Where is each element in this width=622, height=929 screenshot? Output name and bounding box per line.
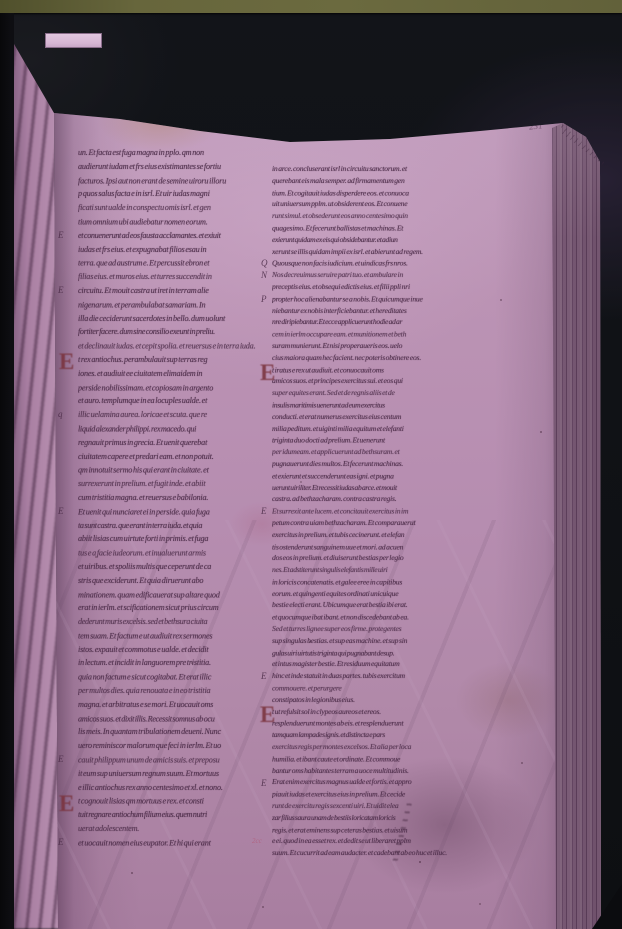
text-line: tis ostenderunt sanguinem uue et mori. a… — [272, 541, 498, 553]
text-line: humilia. et ibant caute et ordinate. Et … — [272, 753, 498, 765]
text-line: et intus magister bestie. Et residuum eq… — [272, 658, 498, 670]
text-line: regnauit primus in grecia. Et uenit quer… — [78, 436, 294, 450]
text-line: facturos. Ipsi aut non erant de semine u… — [78, 174, 294, 188]
text-line: Nos decreuimus seruire patri tuo. et amb… — [272, 269, 498, 281]
text-line: bantur oms habitantes terram a uoce mult… — [272, 765, 498, 777]
marginal-initial: P — [261, 295, 267, 304]
text-line: querebant eis mala semper. ad firmamentu… — [272, 175, 498, 187]
text-line: commouere. et perurgere — [272, 682, 498, 694]
marginal-initial: E — [58, 838, 64, 847]
text-line: et declinauit iudas. et cepit spolia. et… — [78, 340, 294, 354]
marginal-initial: E — [261, 507, 267, 516]
text-line: quagesimo. Et fecerunt ballistas et mach… — [272, 222, 498, 234]
decorated-initial: E — [59, 350, 74, 373]
text-line: bestie electi erant. Ubicumque erat best… — [272, 599, 498, 611]
text-line: eorum. et quingenti equites ordinati uni… — [272, 588, 498, 600]
text-line: zar filius saura unam de bestiis loricat… — [272, 812, 498, 824]
text-line: gulas uiri uirtutis triginta qui pugnaba… — [272, 647, 498, 659]
text-line: abiit lisias cum uirtute forti in primis… — [78, 532, 294, 546]
text-line: audierunt iudam et frs eius existimantes… — [78, 160, 294, 174]
text-line: Et surrexit ante lucem. et concitauit ex… — [272, 506, 498, 518]
text-line: minationem. quam edificauerat sup altare… — [78, 588, 294, 602]
text-line: ciuitatem capere et predari eam. et non … — [78, 450, 294, 464]
text-line: niebantur ex nobis interficiebantur. et … — [272, 305, 498, 317]
text-line: et quocumque ibat ibant. et non discedeb… — [272, 612, 498, 624]
text-line: super equites erant. Sed et de regnis al… — [272, 387, 498, 399]
decorated-initial: E — [260, 703, 275, 726]
text-line: sup singulas bestias. et sup eas machine… — [272, 635, 498, 647]
text-line: p quos salus facta e in isrl. Et uir iud… — [78, 187, 294, 201]
text-line: per multos dies. quia renouata e in eo t… — [78, 684, 294, 698]
marginal-initial: E — [58, 755, 64, 764]
text-line: t cognouit lisias qm mortuus e rex. et c… — [78, 795, 294, 809]
text-line: uerat adolescentem. — [78, 822, 294, 836]
text-line: constipatos in legionibus eius. — [272, 694, 498, 706]
text-line: suum. Et cucurrit ad eam audacter. et ca… — [272, 847, 498, 859]
text-line: exercitus regis per montes excelsos. Et … — [272, 741, 498, 753]
text-line: et uiribus. et spoliis multis que ceperu… — [78, 560, 294, 574]
text-line: tamquam lampades ignis. et distincta e p… — [272, 729, 498, 741]
text-line: et auro. templumque in ea locuples ualde… — [78, 394, 294, 408]
text-line: propter hoc alienabantur se a nobis. Et … — [272, 293, 498, 305]
text-line: tem suam. Et factum e ut audiuit rex ser… — [78, 629, 294, 643]
text-line: t ut refulsit sol in clypeos aureos et e… — [272, 706, 498, 718]
text-line: in arce. concluserant isrl in circuitu s… — [272, 163, 498, 175]
text-line: uerunt uiriliter. Et recessit iudas ab a… — [272, 482, 498, 494]
marginal-initial: E — [261, 672, 267, 681]
slide-mount-label — [45, 33, 102, 48]
text-line: triginta duo docti ad prelium. Et ueneru… — [272, 435, 498, 447]
text-line: piauit iudas et exercitus eius in preliu… — [272, 789, 498, 801]
text-line: illic uelamina aurea. loricae et scuta. … — [78, 408, 294, 422]
text-line: dederunt muris excelsis. sed et bethsura… — [78, 615, 294, 629]
text-line: surrexerunt in prelium. et fugit inde. e… — [78, 477, 294, 491]
text-line: in lectum. et incidit in languorem pre t… — [78, 656, 294, 670]
text-line: lis meis. In quantam tribulationem deuen… — [78, 725, 294, 739]
text-line: et conuenerunt ad eos fausta acclamantes… — [78, 229, 294, 243]
text-line: fortiter facere. dum sine consilio exeun… — [78, 325, 294, 339]
text-line: exercitus in prelium. et tubis cecinerun… — [272, 529, 498, 541]
marginal-initial: q — [58, 410, 63, 419]
text-line: et exierunt et succenderunt eas igni. et… — [272, 470, 498, 482]
text-line: petum contra uiam bethzacharam. Et compa… — [272, 517, 498, 529]
text-line: hinc et inde statuit in duas partes. tub… — [272, 670, 498, 682]
text-line: cem in ierlm occupare eam. et munitionem… — [272, 329, 498, 341]
text-line: nes. Et adstiterunt singulis elefantis m… — [272, 564, 498, 576]
text-line: stris que exciderunt. Et quia diruerunt … — [78, 574, 294, 588]
text-line: tuit regnare antiochum filium eius. quem… — [78, 808, 294, 822]
text-line: pugnauerunt dies multos. Et fecerunt mac… — [272, 458, 498, 470]
marginal-initial: E — [58, 507, 64, 516]
text-line: ta sunt castra. que erant in terra iuda.… — [78, 519, 294, 533]
text-line: conducti. et erat numerus exercitus eius… — [272, 411, 498, 423]
text-line: cius maiora quam hec facient. nec poteri… — [272, 352, 498, 364]
text-line: amicos suos. et principes exercitus sui.… — [272, 375, 498, 387]
text-line: liquid alexander philippi. rex macedo. q… — [78, 422, 294, 436]
marginal-initial: E — [58, 286, 64, 295]
slide-edge-left — [0, 13, 14, 929]
text-line: tus e a facie iudeorum. et inualuerunt a… — [78, 547, 294, 561]
folio-number: 231 — [529, 120, 543, 131]
text-line: nre diripiebantur. Et ecce applicuerunt … — [272, 316, 498, 328]
manuscript-page: un. Et facta est fuga magna in pplo. qm … — [0, 0, 622, 929]
film-strip — [0, 0, 622, 13]
text-line: Quousque non facis iudicium. et uindicas… — [272, 258, 498, 270]
text-line: dos eos in prelium. et diuiserunt bestia… — [272, 552, 498, 564]
text-line: erat in ierlm. et scificationem sicut pr… — [78, 601, 294, 615]
text-line: Erat enim exercitus magnus ualde et fort… — [272, 776, 498, 788]
text-line: t iratus e rex ut audiuit. et conuocauit… — [272, 364, 498, 376]
quire-mark: 2cc — [252, 837, 262, 845]
text-line: qm innotuit sermo his qui erant in ciuit… — [78, 464, 294, 478]
text-line: runt de exercitu regis sexcenti uiri. Et… — [272, 800, 498, 812]
text-line: uit uniuersum pplm. ut obsiderent eos. E… — [272, 198, 498, 210]
text-line: preceptis eius. et obsequi edictis eius.… — [272, 281, 498, 293]
text-line: milia peditum. et uiginti milia equitum … — [272, 423, 498, 435]
text-line: illa die ceciderunt sacerdotes in bello.… — [78, 312, 294, 326]
marginal-initial: Q — [261, 259, 268, 268]
text-line: Sed et turres lignee super eos firme. pr… — [272, 623, 498, 635]
text-line: istos. expauit et commotus e ualde. et d… — [78, 643, 294, 657]
text-line: e ei. quod in ea esset rex. et dedit se … — [272, 835, 498, 847]
text-line: un. Et facta est fuga magna in pplo. qm … — [78, 146, 294, 160]
marginal-initial: E — [261, 779, 267, 788]
text-line: runt simul. et obsederunt eos anno cente… — [272, 210, 498, 222]
text-line: in loricis concatenatis. et galee eree i… — [272, 576, 498, 588]
text-line: tium. Et cogitauit iudas disperdere eos.… — [272, 187, 498, 199]
text-line: uero reminiscor malorum que feci in ierl… — [78, 739, 294, 753]
marginal-initial: N — [261, 271, 267, 280]
text-line: insulis maritimis uenerunt ad eum exerci… — [272, 399, 498, 411]
text-line: ficati sunt ualde in conspectu omis isrl… — [78, 201, 294, 215]
right-text-column: in arce. concluserant isrl in circuitu s… — [272, 163, 498, 859]
text-line: suram munierunt. Et nisi properaueris eo… — [272, 340, 498, 352]
text-line: exierunt quidam ex eis qui obsidebantur.… — [272, 234, 498, 246]
text-line: castra. ad bethzacharam. contra castra r… — [272, 493, 498, 505]
text-line: xerunt se illis quidam impii ex isrl. et… — [272, 246, 498, 258]
marginal-initial: E — [58, 231, 64, 240]
left-text-column: un. Et facta est fuga magna in pplo. qm … — [78, 146, 294, 850]
text-line: tium omnium ubi audiebatur nomen eorum. — [78, 215, 294, 229]
text-line: cauit philippum unum de amicis suis. et … — [78, 753, 294, 767]
decorated-initial: E — [260, 361, 275, 384]
text-line: iudas et frs eius. et expugnabat filios … — [78, 243, 294, 257]
text-line: regis. et erat eminens sup ceteras besti… — [272, 824, 498, 836]
decorated-initial: E — [59, 792, 74, 815]
text-line: resplenduerunt montes ab eis. et resplen… — [272, 718, 498, 730]
text-line: per idumeam. et applicuerunt ad bethsura… — [272, 446, 498, 458]
text-line: cum tristitia magna. et reuersus e babil… — [78, 491, 294, 505]
